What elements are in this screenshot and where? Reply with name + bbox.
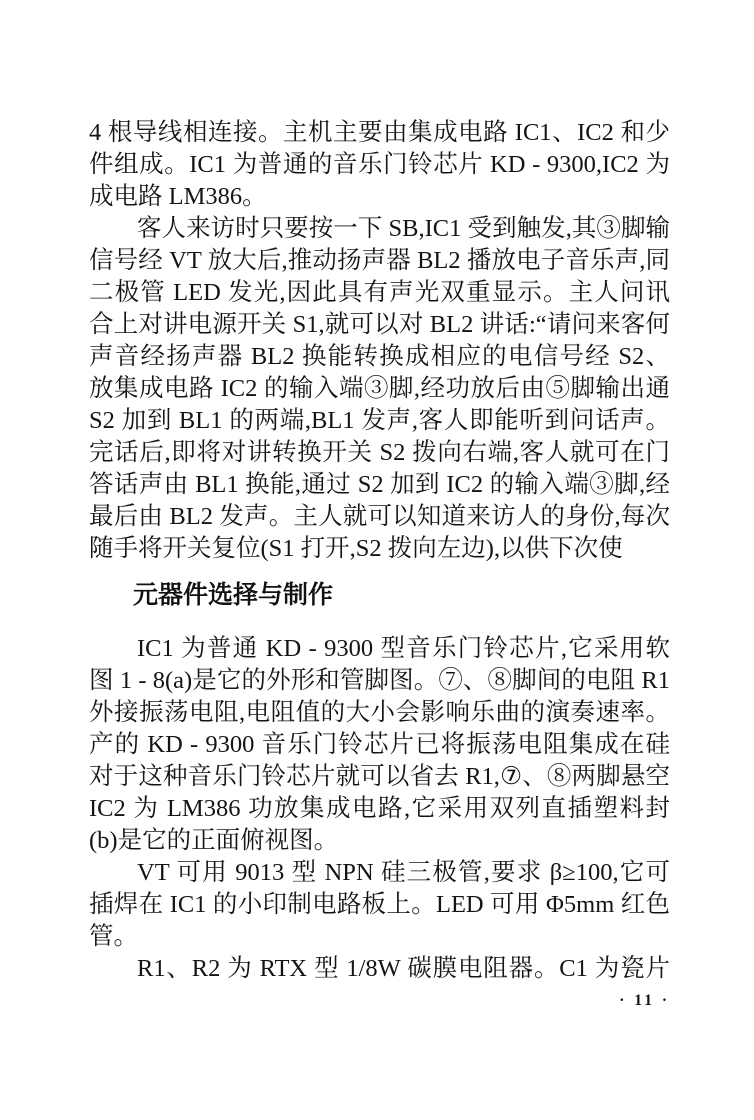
text-line: (b)是它的正面俯视图。 bbox=[89, 825, 670, 857]
text-line: 最后由 BL2 发声。主人就可以知道来访人的身份,每次使用后 bbox=[89, 501, 670, 533]
text-line: 图 1 - 8(a)是它的外形和管脚图。⑦、⑧脚间的电阻 R1 是它的 bbox=[89, 665, 670, 697]
paragraph-1: 4 根导线相连接。主机主要由集成电路 IC1、IC2 和少量分立元 件组成。IC… bbox=[89, 117, 670, 213]
text-line: 对于这种音乐门铃芯片就可以省去 R1,⑦、⑧两脚悬空即可。 bbox=[89, 761, 670, 793]
section-heading: 元器件选择与制作 bbox=[89, 579, 714, 611]
text-line: 完话后,即将对讲转换开关 S2 拨向右端,客人就可在门外答话, bbox=[89, 437, 670, 469]
text-line: 答话声由 BL1 换能,通过 S2 加到 IC2 的输入端③脚,经放大后 bbox=[89, 469, 670, 501]
text-line: 插焊在 IC1 的小印制电路板上。LED 可用 Φ5mm 红色发光二极 bbox=[89, 889, 670, 921]
paragraph-2: 客人来访时只要按一下 SB,IC1 受到触发,其③脚输出音乐 信号经 VT 放大… bbox=[89, 213, 670, 565]
paragraph-5: R1、R2 为 RTX 型 1/8W 碳膜电阻器。C1 为瓷片电容器,其 bbox=[89, 953, 670, 985]
text-line: 成电路 LM386。 bbox=[89, 181, 670, 213]
text-line: 声音经扬声器 BL2 换能转换成相应的电信号经 S2、C2 送入到功 bbox=[89, 341, 670, 373]
paragraph-3: IC1 为普通 KD - 9300 型音乐门铃芯片,它采用软包封装, 图 1 -… bbox=[89, 633, 670, 857]
text-line: 件组成。IC1 为普通的音乐门铃芯片 KD - 9300,IC2 为功放集 bbox=[89, 149, 670, 181]
text-line: 4 根导线相连接。主机主要由集成电路 IC1、IC2 和少量分立元 bbox=[89, 117, 670, 149]
page-number: · 11 · bbox=[89, 991, 670, 1011]
paragraph-4: VT 可用 9013 型 NPN 硅三极管,要求 β≥100,它可以直接 插焊在… bbox=[89, 857, 670, 953]
text-line: 产的 KD - 9300 音乐门铃芯片已将振荡电阻集成在硅芯片里, bbox=[89, 729, 670, 761]
text-line: 放集成电路 IC2 的输入端③脚,经功放后由⑤脚输出通过 C4、 bbox=[89, 373, 670, 405]
text-line: 信号经 VT 放大后,推动扬声器 BL2 播放电子音乐声,同时发光 bbox=[89, 245, 670, 277]
text-line: 外接振荡电阻,电阻值的大小会影响乐曲的演奏速率。后期生 bbox=[89, 697, 670, 729]
text-line: IC1 为普通 KD - 9300 型音乐门铃芯片,它采用软包封装, bbox=[89, 633, 670, 665]
text-line: S2 加到 BL1 的两端,BL1 发声,客人即能听到问话声。主人问 bbox=[89, 405, 670, 437]
book-page: 4 根导线相连接。主机主要由集成电路 IC1、IC2 和少量分立元 件组成。IC… bbox=[0, 0, 754, 1120]
text-line: 随手将开关复位(S1 打开,S2 拨向左边),以供下次使用。 bbox=[89, 533, 670, 565]
text-line: 二极管 LED 发光,因此具有声光双重显示。主人问讯后,只要 bbox=[89, 277, 670, 309]
text-line: 管。 bbox=[89, 921, 670, 953]
text-line: R1、R2 为 RTX 型 1/8W 碳膜电阻器。C1 为瓷片电容器,其 bbox=[89, 953, 670, 985]
text-line: 客人来访时只要按一下 SB,IC1 受到触发,其③脚输出音乐 bbox=[89, 213, 670, 245]
text-line: 合上对讲电源开关 S1,就可以对 BL2 讲话:“请问来客何人?”此 bbox=[89, 309, 670, 341]
text-line: IC2 为 LM386 功放集成电路,它采用双列直插塑料封装,图 1 - 8 bbox=[89, 793, 670, 825]
text-line: VT 可用 9013 型 NPN 硅三极管,要求 β≥100,它可以直接 bbox=[89, 857, 670, 889]
